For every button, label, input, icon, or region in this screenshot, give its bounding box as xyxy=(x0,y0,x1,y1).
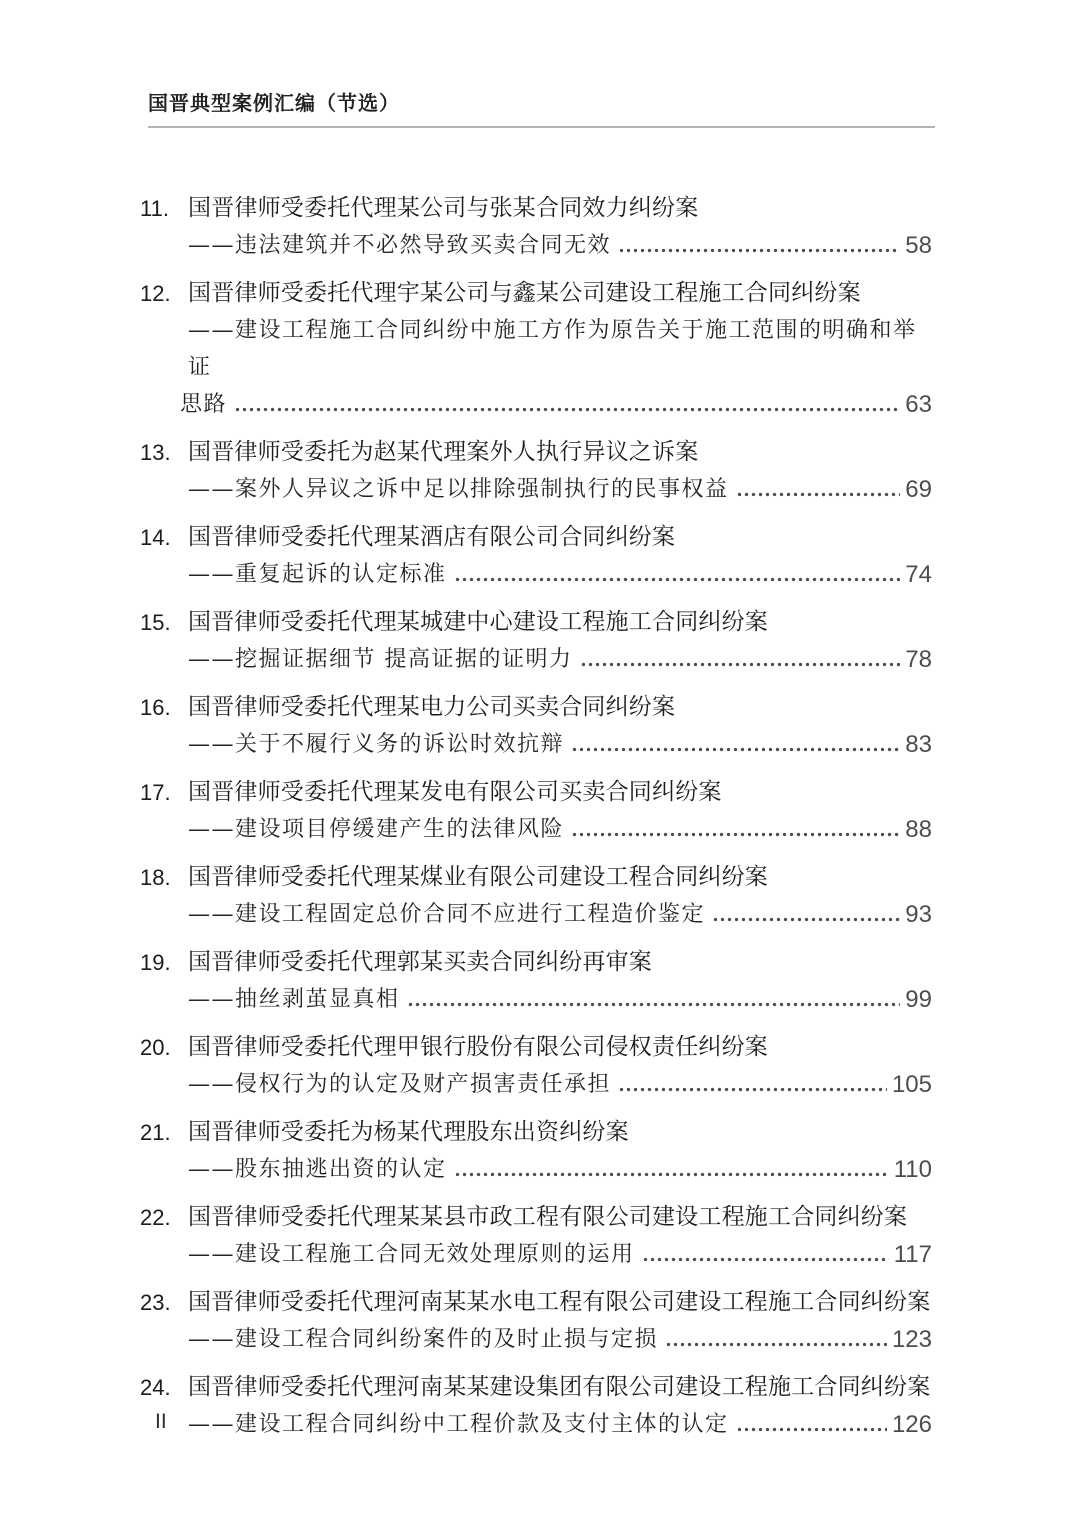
entry-subtitle: ——重复起诉的认定标准 xyxy=(188,556,447,593)
entry-subtitle: ——股东抽逃出资的认定 xyxy=(188,1151,447,1188)
entry-page-number: 99 xyxy=(905,981,932,1018)
entry-number: 17. xyxy=(140,774,188,811)
entry-subtitle: ——建设工程固定总价合同不应进行工程造价鉴定 xyxy=(188,896,705,933)
entry-number: 18. xyxy=(140,859,188,896)
entry-title: 国晋律师受委托代理河南某某水电工程有限公司建设工程施工合同纠纷案 xyxy=(188,1284,930,1321)
document-page: 国晋典型案例汇编（节选） 11. 国晋律师受委托代理某公司与张某合同效力纠纷案 … xyxy=(0,0,1080,1525)
entry-subtitle: ——抽丝剥茧显真相 xyxy=(188,981,400,1018)
entry-page-number: 117 xyxy=(894,1236,932,1273)
toc-entry: 12. 国晋律师受委托代理宇某公司与鑫某公司建设工程施工合同纠纷案 ——建设工程… xyxy=(140,275,932,423)
entry-subtitle: ——建设工程合同纠纷案件的及时止损与定损 xyxy=(188,1321,658,1358)
entry-subtitle: ——建设工程施工合同无效处理原则的运用 xyxy=(188,1236,635,1273)
entry-number: 19. xyxy=(140,944,188,981)
toc-entry: 19. 国晋律师受委托代理郭某买卖合同纠纷再审案 ——抽丝剥茧显真相 99 xyxy=(140,944,932,1018)
entry-page-number: 93 xyxy=(905,896,932,933)
entry-title: 国晋律师受委托为赵某代理案外人执行异议之诉案 xyxy=(188,434,698,471)
toc-entry: 20. 国晋律师受委托代理甲银行股份有限公司侵权责任纠纷案 ——侵权行为的认定及… xyxy=(140,1029,932,1103)
toc-entry: 16. 国晋律师受委托代理某电力公司买卖合同纠纷案 ——关于不履行义务的诉讼时效… xyxy=(140,689,932,763)
entry-number: 20. xyxy=(140,1029,188,1066)
dot-leader xyxy=(571,746,900,753)
entry-number: 16. xyxy=(140,689,188,726)
entry-number: 24. xyxy=(140,1369,188,1406)
dot-leader xyxy=(736,1426,887,1433)
dot-leader xyxy=(407,1001,901,1008)
entry-title: 国晋律师受委托代理某发电有限公司买卖合同纠纷案 xyxy=(188,774,722,811)
dot-leader xyxy=(454,1171,889,1178)
entry-title: 国晋律师受委托代理某酒店有限公司合同纠纷案 xyxy=(188,519,675,556)
header-rule xyxy=(148,126,935,128)
toc-entry: 24. 国晋律师受委托代理河南某某建设集团有限公司建设工程施工合同纠纷案 ——建… xyxy=(140,1369,932,1443)
entry-subtitle: ——案外人异议之诉中足以排除强制执行的民事权益 xyxy=(188,471,729,508)
toc-entry: 21. 国晋律师受委托为杨某代理股东出资纠纷案 ——股东抽逃出资的认定 110 xyxy=(140,1114,932,1188)
entry-page-number: 110 xyxy=(894,1151,932,1188)
entry-subtitle: ——建设工程合同纠纷中工程价款及支付主体的认定 xyxy=(188,1406,729,1443)
dot-leader xyxy=(665,1341,887,1348)
entry-number: 14. xyxy=(140,519,188,556)
toc-entry: 17. 国晋律师受委托代理某发电有限公司买卖合同纠纷案 ——建设项目停缓建产生的… xyxy=(140,774,932,848)
entry-page-number: 126 xyxy=(892,1406,932,1443)
toc-list: 11. 国晋律师受委托代理某公司与张某合同效力纠纷案 ——违法建筑并不必然导致买… xyxy=(140,190,932,1454)
entry-subtitle: ——建设工程施工合同纠纷中施工方作为原告关于施工范围的明确和举证 xyxy=(188,312,932,386)
dot-leader xyxy=(571,831,900,838)
entry-subtitle: ——挖掘证据细节 提高证据的证明力 xyxy=(188,641,573,678)
entry-subtitle: ——建设项目停缓建产生的法律风险 xyxy=(188,811,564,848)
entry-page-number: 123 xyxy=(892,1321,932,1358)
entry-page-number: 63 xyxy=(905,386,932,423)
dot-leader xyxy=(618,247,900,254)
entry-title: 国晋律师受委托代理某某县市政工程有限公司建设工程施工合同纠纷案 xyxy=(188,1199,907,1236)
toc-entry: 23. 国晋律师受委托代理河南某某水电工程有限公司建设工程施工合同纠纷案 ——建… xyxy=(140,1284,932,1358)
toc-entry: 13. 国晋律师受委托为赵某代理案外人执行异议之诉案 ——案外人异议之诉中足以排… xyxy=(140,434,932,508)
entry-subtitle: ——侵权行为的认定及财产损害责任承担 xyxy=(188,1066,611,1103)
entry-title: 国晋律师受委托代理甲银行股份有限公司侵权责任纠纷案 xyxy=(188,1029,768,1066)
entry-page-number: 88 xyxy=(905,811,932,848)
toc-entry: 22. 国晋律师受委托代理某某县市政工程有限公司建设工程施工合同纠纷案 ——建设… xyxy=(140,1199,932,1273)
entry-page-number: 69 xyxy=(905,471,932,508)
entry-title: 国晋律师受委托代理某电力公司买卖合同纠纷案 xyxy=(188,689,675,726)
entry-subtitle-continuation: 思路 xyxy=(180,386,227,423)
entry-subtitle: ——违法建筑并不必然导致买卖合同无效 xyxy=(188,227,611,264)
toc-entry: 15. 国晋律师受委托代理某城建中心建设工程施工合同纠纷案 ——挖掘证据细节 提… xyxy=(140,604,932,678)
entry-subtitle: ——关于不履行义务的诉讼时效抗辩 xyxy=(188,726,564,763)
dot-leader xyxy=(736,491,901,498)
running-header: 国晋典型案例汇编（节选） xyxy=(148,92,935,128)
entry-title: 国晋律师受委托代理郭某买卖合同纠纷再审案 xyxy=(188,944,652,981)
entry-number: 15. xyxy=(140,604,188,641)
dot-leader xyxy=(642,1256,889,1263)
header-title: 国晋典型案例汇编（节选） xyxy=(148,92,935,116)
dot-leader xyxy=(454,576,901,583)
entry-page-number: 74 xyxy=(905,556,932,593)
entry-page-number: 78 xyxy=(905,641,932,678)
entry-title: 国晋律师受委托代理宇某公司与鑫某公司建设工程施工合同纠纷案 xyxy=(188,275,861,312)
entry-number: 11. xyxy=(140,190,188,227)
entry-number: 22. xyxy=(140,1199,188,1236)
dot-leader xyxy=(234,406,900,413)
entry-page-number: 58 xyxy=(905,227,932,264)
page-number-footer: II xyxy=(155,1410,167,1434)
toc-entry: 14. 国晋律师受委托代理某酒店有限公司合同纠纷案 ——重复起诉的认定标准 74 xyxy=(140,519,932,593)
entry-number: 21. xyxy=(140,1114,188,1151)
entry-title: 国晋律师受委托为杨某代理股东出资纠纷案 xyxy=(188,1114,629,1151)
entry-number: 12. xyxy=(140,275,188,312)
entry-page-number: 105 xyxy=(892,1066,932,1103)
dot-leader xyxy=(618,1086,887,1093)
entry-title: 国晋律师受委托代理某城建中心建设工程施工合同纠纷案 xyxy=(188,604,768,641)
dot-leader xyxy=(712,916,900,923)
entry-title: 国晋律师受委托代理河南某某建设集团有限公司建设工程施工合同纠纷案 xyxy=(188,1369,930,1406)
toc-entry: 11. 国晋律师受委托代理某公司与张某合同效力纠纷案 ——违法建筑并不必然导致买… xyxy=(140,190,932,264)
entry-title: 国晋律师受委托代理某公司与张某合同效力纠纷案 xyxy=(188,190,698,227)
entry-number: 23. xyxy=(140,1284,188,1321)
entry-page-number: 83 xyxy=(905,726,932,763)
toc-entry: 18. 国晋律师受委托代理某煤业有限公司建设工程合同纠纷案 ——建设工程固定总价… xyxy=(140,859,932,933)
entry-number: 13. xyxy=(140,434,188,471)
entry-title: 国晋律师受委托代理某煤业有限公司建设工程合同纠纷案 xyxy=(188,859,768,896)
dot-leader xyxy=(580,661,901,668)
